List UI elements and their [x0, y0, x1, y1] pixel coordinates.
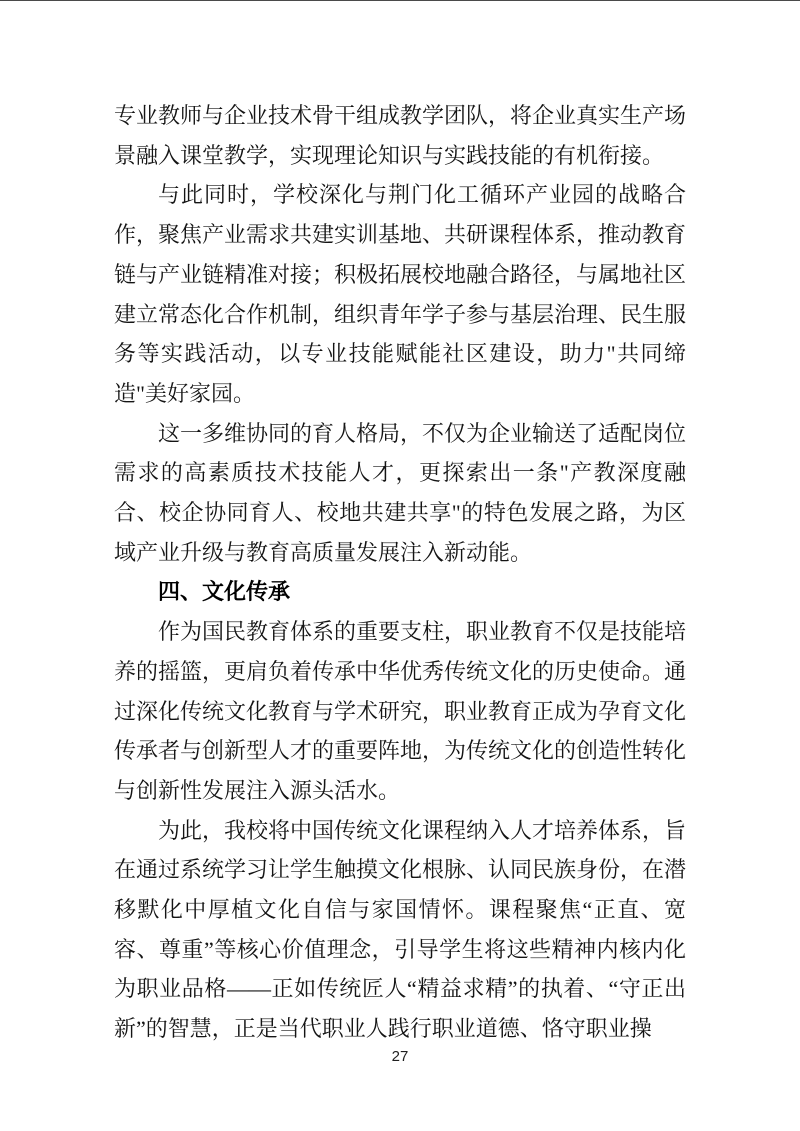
paragraph: 作为国民教育体系的重要支柱，职业教育不仅是技能培养的摇篮，更肩负着传承中华优秀传…	[114, 612, 686, 811]
document-body: 专业教师与企业技术骨干组成教学团队，将企业真实生产场景融入课堂教学，实现理论知识…	[114, 96, 686, 1049]
paragraph: 为此，我校将中国传统文化课程纳入人才培养体系，旨在通过系统学习让学生触摸文化根脉…	[114, 811, 686, 1049]
paragraph: 这一多维协同的育人格局，不仅为企业输送了适配岗位需求的高素质技术技能人才，更探索…	[114, 414, 686, 573]
page-number: 27	[0, 1048, 800, 1065]
document-page: 专业教师与企业技术骨干组成教学团队，将企业真实生产场景融入课堂教学，实现理论知识…	[0, 0, 800, 1131]
page-top-edge	[0, 0, 800, 1]
paragraph: 专业教师与企业技术骨干组成教学团队，将企业真实生产场景融入课堂教学，实现理论知识…	[114, 96, 686, 175]
paragraph: 与此同时，学校深化与荆门化工循环产业园的战略合作，聚焦产业需求共建实训基地、共研…	[114, 175, 686, 413]
section-heading: 四、文化传承	[114, 572, 686, 612]
